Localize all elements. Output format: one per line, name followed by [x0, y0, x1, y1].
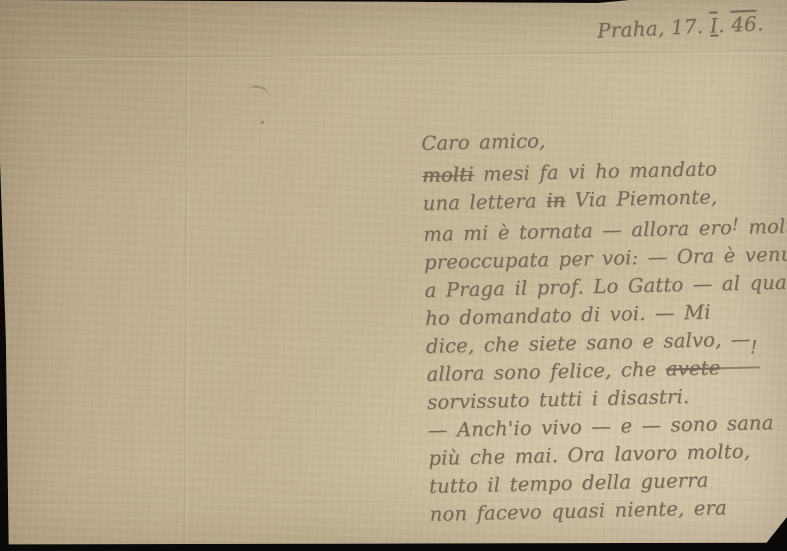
text-segment: allora sono felice, che [426, 358, 666, 386]
text-segment: una lettera [422, 189, 546, 215]
letter-body: molti mesi fa vi ho mandatouna lettera i… [422, 153, 787, 528]
text-segment: in [546, 189, 566, 212]
letter-paper: Praha, 17. I. 46. Caro amico, molti mesi… [0, 0, 787, 551]
text-segment: mesi fa vi ho mandato [473, 157, 717, 186]
text-segment: —— [720, 355, 760, 379]
text-segment: Praha, 17. [597, 14, 711, 43]
pencil-dot-mark [261, 121, 264, 124]
text-segment: . [756, 11, 764, 35]
fold-crease-vertical-center [393, 260, 395, 551]
text-segment: tutto il tempo della guerra [429, 469, 709, 498]
ink-mark-exclamation: ! [750, 337, 757, 358]
text-segment: non facevo quasi niente, era [429, 496, 727, 526]
text-segment: sorvissuto tutti i disastri. [427, 385, 690, 414]
text-segment: Via Piemonte, [565, 185, 718, 211]
text-segment: 46 [730, 12, 757, 37]
text-segment: molto [739, 214, 787, 239]
letter-scan: { "meta": { "background_color": "#0b0a08… [0, 0, 787, 551]
text-segment: ma mi è tornata — allora ero [423, 216, 732, 246]
letter-text-block: Caro amico, molti mesi fa vi ho mandatou… [421, 121, 787, 528]
text-segment: avete [666, 356, 721, 380]
text-segment: più che mai. Ora lavoro molto, [428, 440, 750, 470]
text-segment: ho domandato di voi. — Mi [425, 300, 711, 329]
text-segment: molti [422, 163, 474, 187]
text-segment: a Praga il prof. Lo Gatto — al quale [424, 270, 787, 302]
text-segment: dice, che siete sano e salvo, — [426, 328, 751, 358]
text-segment: . [717, 13, 731, 38]
